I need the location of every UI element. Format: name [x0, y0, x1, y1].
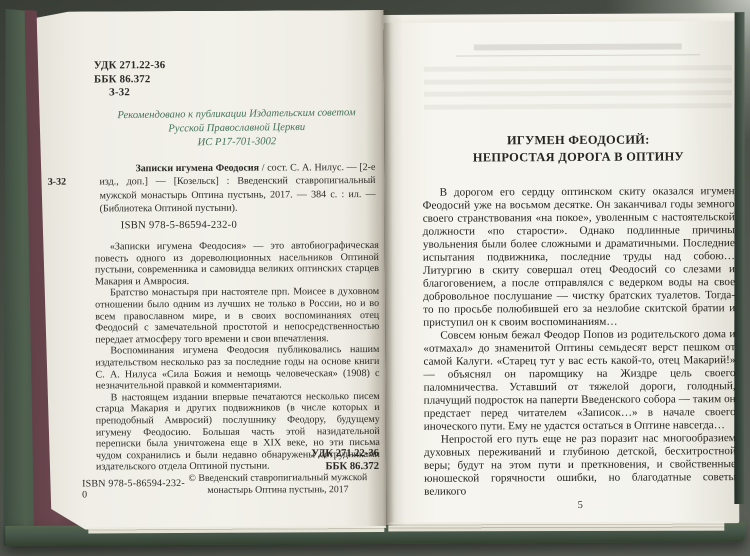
page-number: 5 [424, 499, 736, 512]
chapter-heading-line2: НЕПРОСТАЯ ДОРОГА В ОПТИНУ [422, 148, 734, 166]
isbn-number: ISBN 978-5-86594-232-0 [121, 220, 237, 232]
bleed-through-text [422, 43, 734, 117]
left-page-content: УДК 271.22-36 ББК 86.372 З-32 Рекомендов… [94, 10, 382, 529]
annotation-paragraph: «Записки игумена Феодосия» — это автобио… [95, 240, 379, 288]
body-paragraph: В дорогом его сердцу оптинском скиту ока… [423, 185, 736, 330]
body-paragraph: Непростой его путь еще не раз поразит на… [424, 432, 736, 499]
classification-codes: УДК 271.22-36 ББК 86.372 З-32 [94, 59, 166, 100]
author-sign-margin: З-32 [47, 176, 66, 190]
bbk-code: ББК 86.372 [94, 73, 166, 87]
copyright-note: © Введенский ставропигиальный мужской мо… [186, 472, 370, 497]
imprint-footer: ISBN 978-5-86594-232-0 © Введенский став… [82, 472, 382, 501]
chapter-heading-line1: ИГУМЕН ФЕОДОСИЙ: [422, 131, 734, 149]
right-page: ИГУМЕН ФЕОДОСИЙ: НЕПРОСТАЯ ДОРОГА В ОПТИ… [384, 21, 740, 525]
bib-title: Записки игумена Феодосия [135, 163, 259, 175]
classification-codes-footer: УДК 271.22-36 ББК 86.372 [311, 448, 379, 474]
body-paragraph: Совсем юным бежал Феодор Попов из родите… [423, 328, 736, 434]
left-page: УДК 271.22-36 ББК 86.372 З-32 Рекомендов… [29, 10, 387, 530]
imprimatur-note: Рекомендовано к публикации Издательским … [94, 106, 379, 151]
annotation-paragraph: Братство монастыря при настоятеле прп. М… [95, 286, 379, 345]
chapter-body: В дорогом его сердцу оптинском скиту ока… [423, 185, 737, 499]
isbn-footer: ISBN 978-5-86594-232-0 [82, 478, 186, 501]
bibliographic-entry: З-32Записки игумена Феодосия / сост. С. … [99, 161, 375, 216]
open-book: УДК 271.22-36 ББК 86.372 З-32 Рекомендов… [1, 4, 750, 546]
annotation-paragraph: Воспоминания игумена Феодосия публиковал… [95, 344, 379, 392]
annotation-block: «Записки игумена Феодосия» — это автобио… [95, 240, 380, 473]
chapter-heading: ИГУМЕН ФЕОДОСИЙ: НЕПРОСТАЯ ДОРОГА В ОПТИ… [422, 131, 734, 166]
author-sign: З-32 [94, 86, 166, 100]
photo-background: УДК 271.22-36 ББК 86.372 З-32 Рекомендов… [0, 0, 750, 556]
imprimatur-number: ИС Р17-701-3002 [94, 134, 379, 151]
page-stack-edge-right [388, 522, 724, 532]
right-page-content: ИГУМЕН ФЕОДОСИЙ: НЕПРОСТАЯ ДОРОГА В ОПТИ… [422, 21, 737, 525]
udc-code: УДК 271.22-36 [94, 59, 166, 73]
udc-code-footer: УДК 271.22-36 [311, 448, 379, 461]
